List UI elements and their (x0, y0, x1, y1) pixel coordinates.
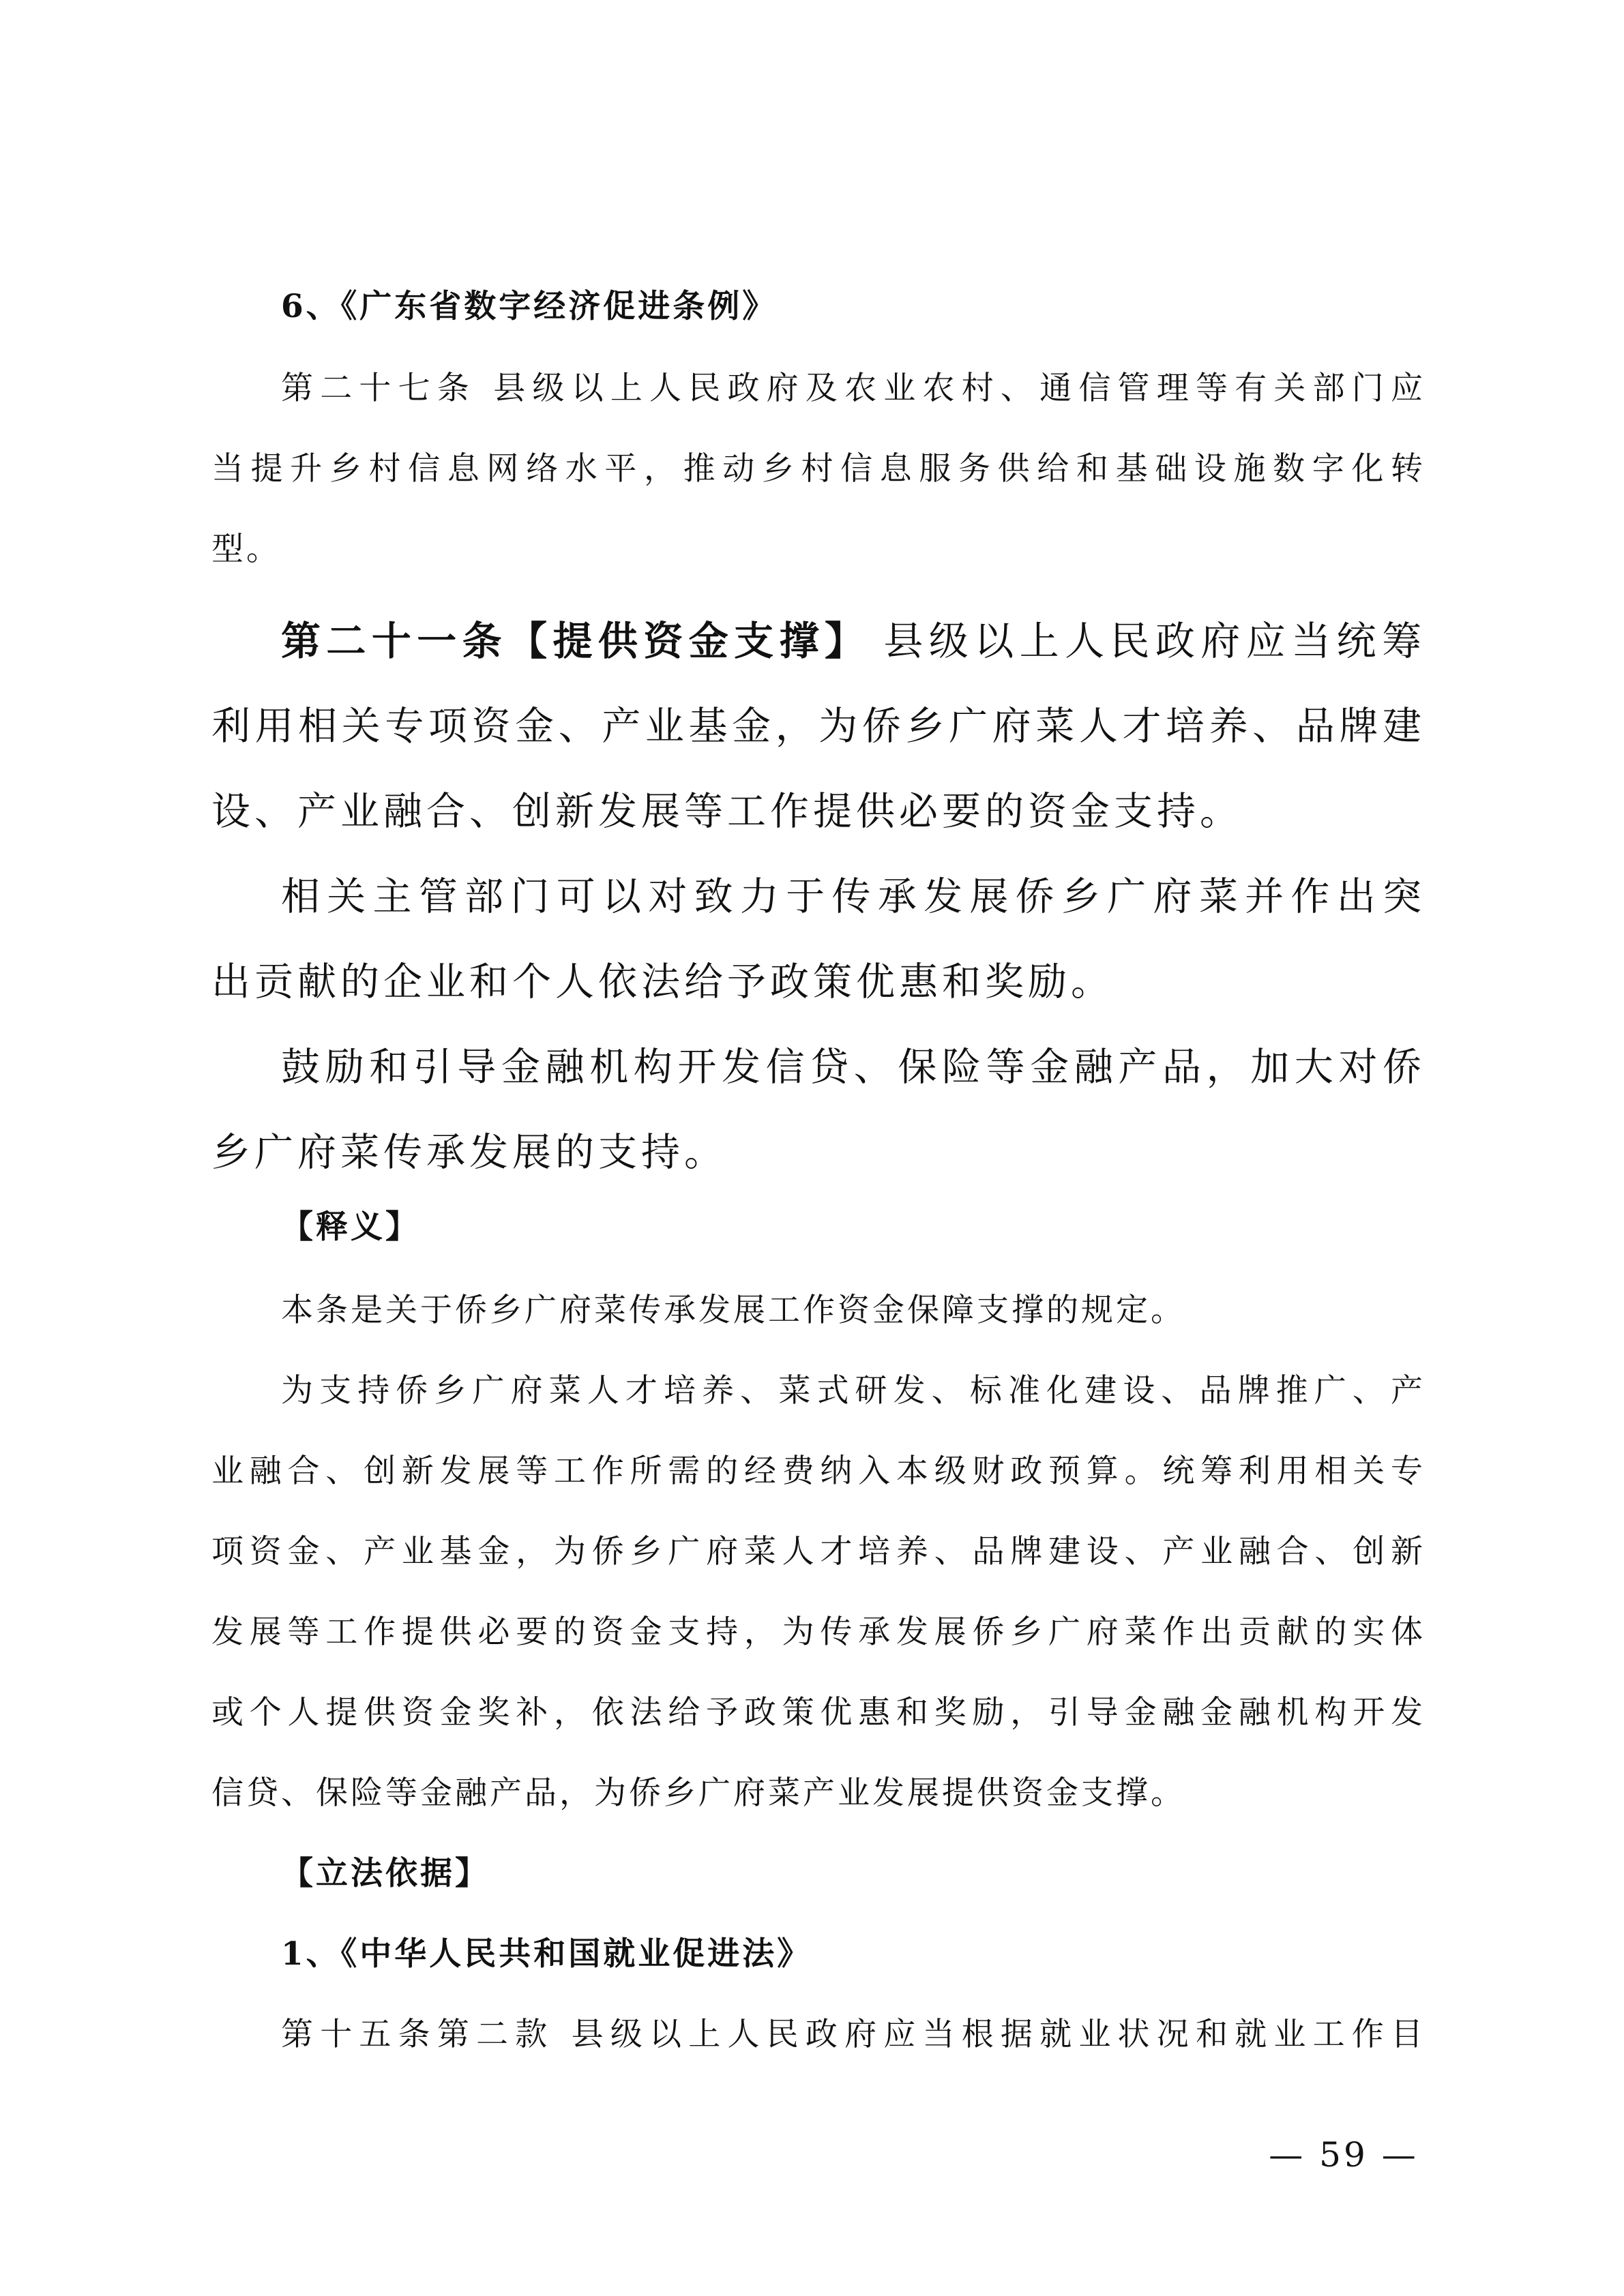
paragraph-line: 为支持侨乡广府菜人才培养、菜式研发、标准化建设、品牌推广、产 (281, 1371, 1426, 1412)
article-line: 鼓励和引导金融机构开发信贷、保险等金融产品，加大对侨 (281, 1043, 1426, 1091)
article-line: 乡广府菜传承发展的支持。 (211, 1129, 1426, 1176)
article-title: 【提供资金支撑】 (507, 618, 870, 664)
section-label-legislative-basis: 【立法依据】 (281, 1853, 1426, 1894)
law-heading-guangdong-digital-economy: 6、《广东省数字经济促进条例》 (281, 286, 1426, 327)
article-21-heading: 第二十一条【提供资金支撑】县级以上人民政府应当统筹 (281, 617, 1426, 665)
paragraph-line: 发展等工作提供必要的资金支持，为传承发展侨乡广府菜作出贡献的实体 (211, 1612, 1426, 1653)
article-line: 出贡献的企业和个人依法给予政策优惠和奖励。 (211, 958, 1426, 1006)
section-label-interpretation: 【释义】 (281, 1207, 1426, 1248)
page-number: — 59 — (1262, 2134, 1426, 2175)
paragraph-line: 第十五条第二款 县级以上人民政府应当根据就业状况和就业工作目 (281, 2014, 1426, 2055)
paragraph-line: 型。 (211, 529, 1426, 570)
article-line: 设、产业融合、创新发展等工作提供必要的资金支持。 (211, 788, 1426, 835)
paragraph-line: 业融合、创新发展等工作所需的经费纳入本级财政预算。统筹利用相关专 (211, 1451, 1426, 1492)
paragraph-line: 本条是关于侨乡广府菜传承发展工作资金保障支撑的规定。 (281, 1290, 1426, 1331)
paragraph-line: 项资金、产业基金，为侨乡广府菜人才培养、品牌建设、产业融合、创新 (211, 1532, 1426, 1572)
document-page: 6、《广东省数字经济促进条例》 第二十七条 县级以上人民政府及农业农村、通信管理… (0, 0, 1624, 2296)
article-line: 相关主管部门可以对致力于传承发展侨乡广府菜并作出突 (281, 873, 1426, 921)
article-number: 第二十一条 (281, 618, 507, 664)
paragraph-line: 信贷、保险等金融产品，为侨乡广府菜产业发展提供资金支撑。 (211, 1773, 1426, 1814)
article-line: 利用相关专项资金、产业基金，为侨乡广府菜人才培养、品牌建 (211, 702, 1426, 750)
article-text: 县级以上人民政府应当统筹 (883, 618, 1426, 664)
paragraph-line: 第二十七条 县级以上人民政府及农业农村、通信管理等有关部门应 (281, 368, 1426, 409)
paragraph-line: 或个人提供资金奖补，依法给予政策优惠和奖励，引导金融金融机构开发 (211, 1693, 1426, 1733)
paragraph-line: 当提升乡村信息网络水平，推动乡村信息服务供给和基础设施数字化转 (211, 449, 1426, 490)
law-heading-employment-promotion: 1、《中华人民共和国就业促进法》 (281, 1934, 1426, 1975)
